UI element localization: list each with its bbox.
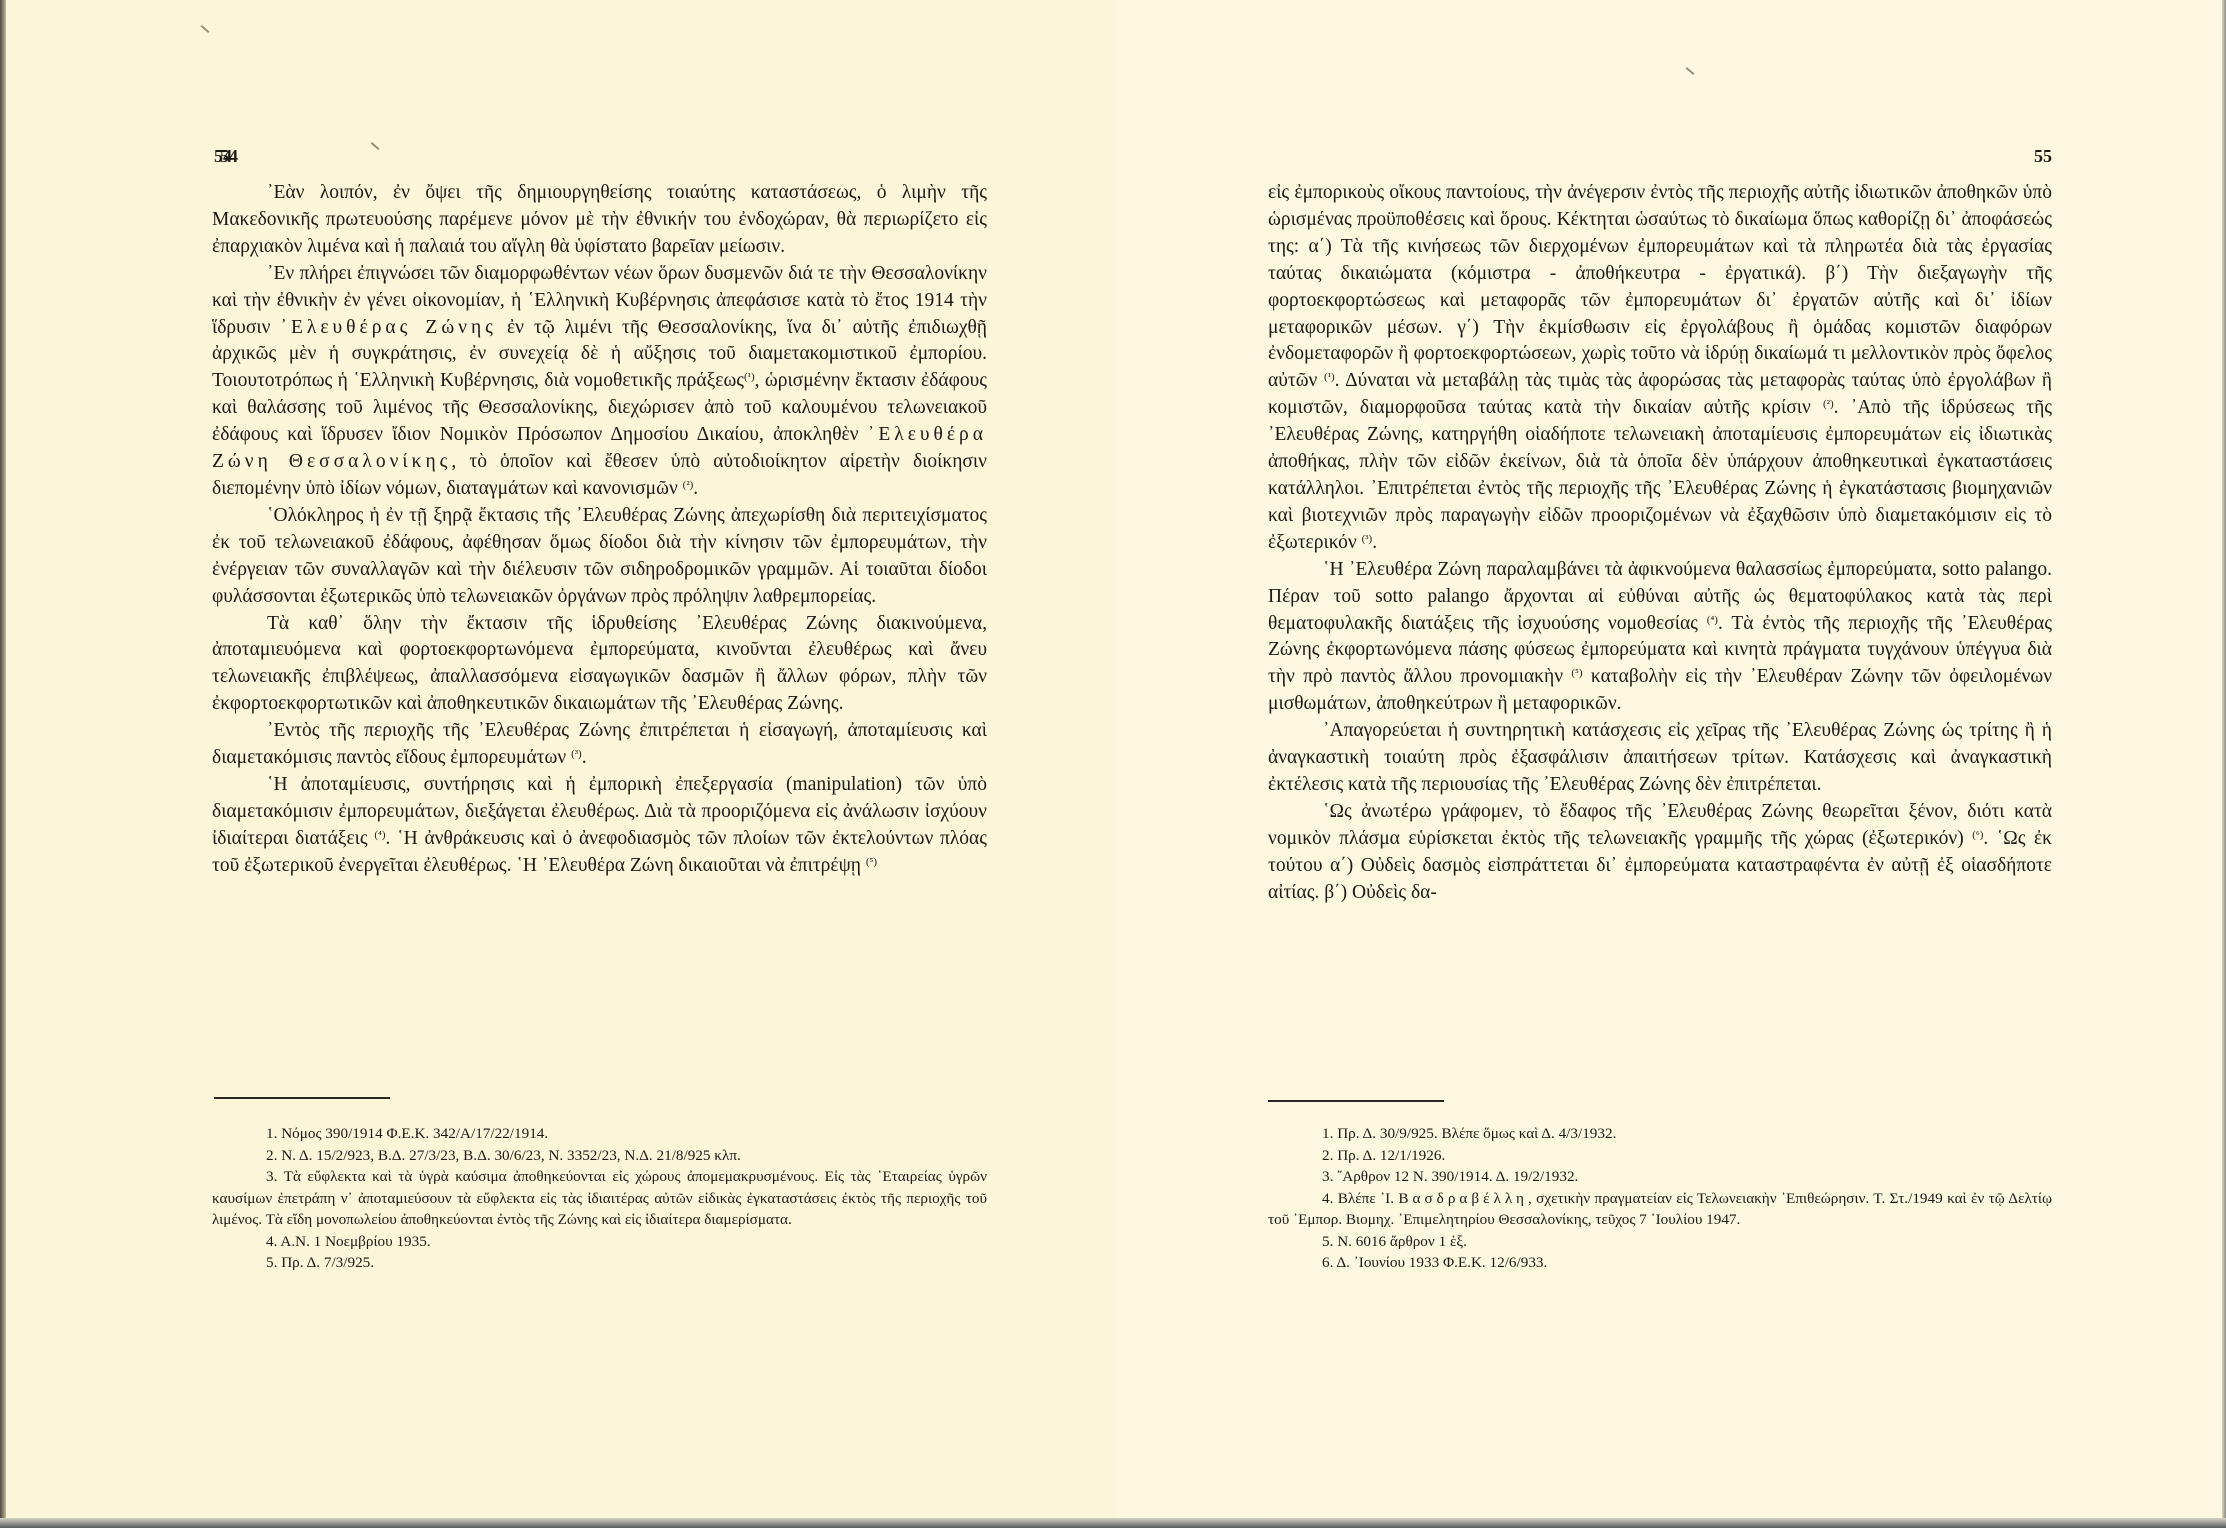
paragraph: ῾Η ἀποταμίευσις, συντήρησις καὶ ἡ ἐμπορι…: [212, 772, 987, 880]
footnote: 2. Ν. Δ. 15/2/923, Β.Δ. 27/3/23, Β.Δ. 30…: [212, 1145, 987, 1167]
footnote-ref: (³): [1362, 533, 1373, 545]
page-number-left-label: 54: [214, 146, 232, 167]
footnote-ref: (¹): [744, 371, 755, 383]
paragraph: εἰς ἐμπορικοὺς οἴκους παντοίους, τὴν ἀνέ…: [1268, 180, 2052, 557]
footnote-ref: (⁶): [1972, 829, 1983, 841]
page-edge-bottom: [0, 1518, 2226, 1528]
footnote: 5. Πρ. Δ. 7/3/925.: [212, 1252, 987, 1274]
footnote: 3. ῎Αρθρον 12 Ν. 390/1914. Δ. 19/2/1932.: [1268, 1166, 2052, 1188]
paragraph: ᾿Εν πλήρει ἐπιγνώσει τῶν διαμορφωθέντων …: [212, 261, 987, 503]
footnote: 6. Δ. ᾿Ιουνίου 1933 Φ.Ε.Κ. 12/6/933.: [1268, 1252, 2052, 1274]
book-spread: 54 54 ᾿Εὰν λοιπόν, ἐν ὄψει τῆς δημιουργη…: [0, 0, 2226, 1528]
footnote-separator: [214, 1097, 390, 1099]
left-body-text: ᾿Εὰν λοιπόν, ἐν ὄψει τῆς δημιουργηθείσης…: [212, 180, 987, 880]
paragraph: ᾿Εντὸς τῆς περιοχῆς τῆς ᾿Ελευθέρας Ζώνης…: [212, 718, 987, 772]
footnote: 4. Α.Ν. 1 Νοεμβρίου 1935.: [212, 1231, 987, 1253]
footnote-ref: (⁵): [1571, 667, 1582, 679]
footnote: 1. Νόμος 390/1914 Φ.Ε.Κ. 342/Α/17/22/191…: [212, 1123, 987, 1145]
footnote-separator: [1268, 1100, 1444, 1102]
footnote-ref: (⁴): [1707, 614, 1718, 626]
footnote-ref: (⁴): [374, 829, 385, 841]
paragraph: ᾿Εὰν λοιπόν, ἐν ὄψει τῆς δημιουργηθείσης…: [212, 180, 987, 261]
paragraph: Τὰ καθ᾿ ὅλην τὴν ἔκτασιν τῆς ἱδρυθείσης …: [212, 611, 987, 719]
footnote: 4. Βλέπε ᾿Ι. Βασδραβέλλη, σχετικὴν πραγμ…: [1268, 1188, 2052, 1231]
paragraph: ῾Ως ἀνωτέρω γράφομεν, τὸ ἔδαφος τῆς ᾿Ελε…: [1268, 799, 2052, 907]
paragraph: ῾Ολόκληρος ἡ ἐν τῇ ξηρᾷ ἔκτασις τῆς ᾿Ελε…: [212, 503, 987, 611]
footnote-ref: (³): [571, 748, 582, 760]
page-edge-right: [2222, 0, 2226, 1528]
footnote-ref: (⁵): [866, 856, 877, 868]
right-footnotes: 1. Πρ. Δ. 30/9/925. Βλέπε ὅμως καὶ Δ. 4/…: [1268, 1123, 2052, 1274]
footnote: 3. Τὰ εὔφλεκτα καὶ τὰ ὑγρὰ καύσιμα ἀποθη…: [212, 1166, 987, 1231]
footnote: 2. Πρ. Δ. 12/1/1926.: [1268, 1145, 2052, 1167]
footnote-ref: (²): [1823, 398, 1834, 410]
footnote: 5. Ν. 6016 ἄρθρον 1 ἑξ.: [1268, 1231, 2052, 1253]
footnote: 1. Πρ. Δ. 30/9/925. Βλέπε ὅμως καὶ Δ. 4/…: [1268, 1123, 2052, 1145]
page-number-right: 55: [2034, 146, 2052, 167]
left-footnotes: 1. Νόμος 390/1914 Φ.Ε.Κ. 342/Α/17/22/191…: [212, 1123, 987, 1274]
paragraph: ῾Η ᾿Ελευθέρα Ζώνη παραλαμβάνει τὰ ἀφικνο…: [1268, 557, 2052, 718]
footnote-ref: (¹): [1324, 371, 1335, 383]
footnote-ref: (²): [683, 479, 694, 491]
right-body-text: εἰς ἐμπορικοὺς οἴκους παντοίους, τὴν ἀνέ…: [1268, 180, 2052, 906]
paragraph: ᾿Απαγορεύεται ἡ συντηρητικὴ κατάσχεσις ε…: [1268, 718, 2052, 799]
